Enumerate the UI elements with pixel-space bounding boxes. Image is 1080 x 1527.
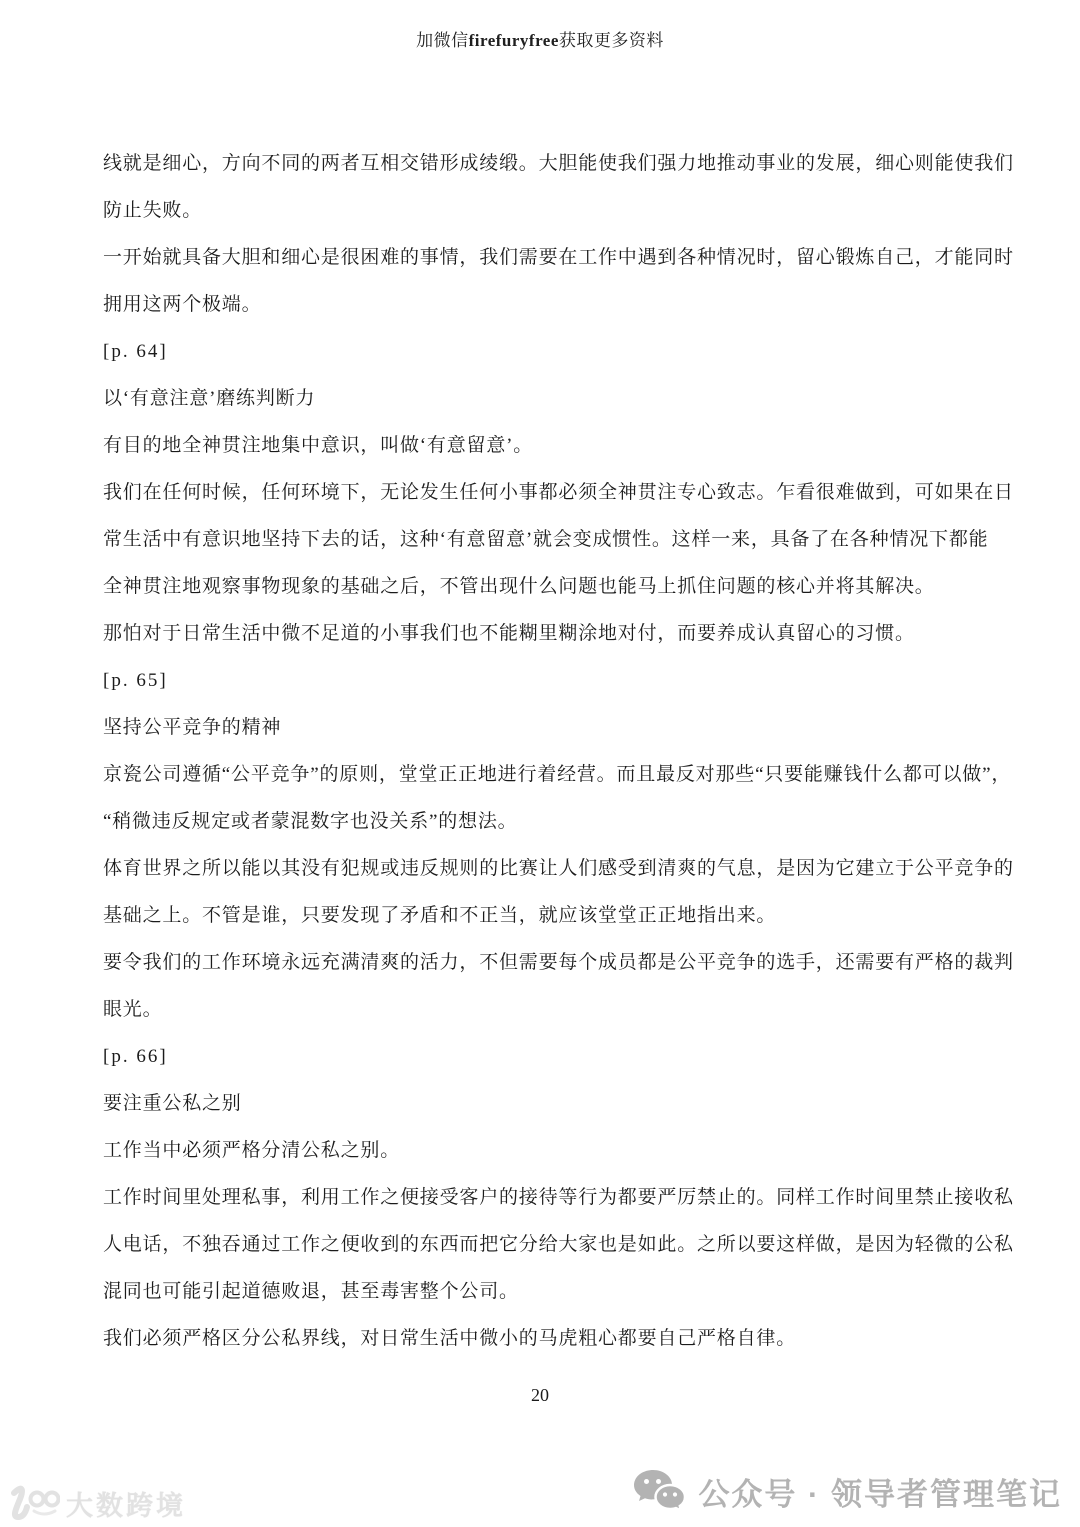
text-line: 人电话，不独吞通过工作之便收到的东西而把它分给大家也是如此。之所以要这样做，是因… — [103, 1221, 983, 1268]
page-marker: [p. 65] — [103, 657, 983, 704]
text-line: 我们在任何时候，任何环境下，无论发生任何小事都必须全神贯注专心致志。乍看很难做到… — [103, 469, 983, 516]
page-marker: [p. 64] — [103, 328, 983, 375]
text-line: 要令我们的工作环境永远充满清爽的活力，不但需要每个成员都是公平竞争的选手，还需要… — [103, 939, 983, 986]
header-watermark: 加微信firefuryfree获取更多资料 — [0, 26, 1080, 51]
section-heading: 要注重公私之别 — [103, 1080, 983, 1127]
wechat-icon — [632, 1468, 686, 1514]
text-line: 有目的地全神贯注地集中意识，叫做‘有意留意’。 — [103, 422, 983, 469]
text-line: 体育世界之所以能以其没有犯规或违反规则的比赛让人们感受到清爽的气息，是因为它建立… — [103, 845, 983, 892]
section-heading: 坚持公平竞争的精神 — [103, 704, 983, 751]
text-line: 一开始就具备大胆和细心是很困难的事情，我们需要在工作中遇到各种情况时，留心锻炼自… — [103, 234, 983, 281]
text-line: 我们必须严格区分公私界线，对日常生活中微小的马虎粗心都要自己严格自律。 — [103, 1315, 983, 1362]
text-line: 工作时间里处理私事，利用工作之便接受客户的接待等行为都要严厉禁止的。同样工作时间… — [103, 1174, 983, 1221]
text-line: 全神贯注地观察事物现象的基础之后，不管出现什么问题也能马上抓住问题的核心并将其解… — [103, 563, 983, 610]
right-watermark-text: 公众号 · 领导者管理笔记 — [698, 1469, 1062, 1514]
left-watermark: 大数跨境 — [8, 1483, 186, 1523]
text-line: 那怕对于日常生活中微不足道的小事我们也不能糊里糊涂地对付，而要养成认真留心的习惯… — [103, 610, 983, 657]
header-suffix: 获取更多资料 — [559, 31, 664, 50]
right-watermark: 公众号 · 领导者管理笔记 — [632, 1468, 1062, 1514]
text-line: 防止失败。 — [103, 187, 983, 234]
header-prefix: 加微信 — [416, 31, 469, 50]
section-heading: 以‘有意注意’磨练判断力 — [103, 375, 983, 422]
text-line: 工作当中必须严格分清公私之别。 — [103, 1127, 983, 1174]
text-line: 混同也可能引起道德败退，甚至毒害整个公司。 — [103, 1268, 983, 1315]
text-line: 京瓷公司遵循“公平竞争”的原则，堂堂正正地进行着经营。而且最反对那些“只要能赚钱… — [103, 751, 983, 798]
header-account: firefuryfree — [469, 31, 559, 50]
page-number: 20 — [0, 1385, 1080, 1406]
text-line: 线就是细心，方向不同的两者互相交错形成绫缎。大胆能使我们强力地推动事业的发展，细… — [103, 140, 983, 187]
text-line: “稍微违反规定或者蒙混数字也没关系”的想法。 — [103, 798, 983, 845]
left-watermark-brand: 大数跨境 — [66, 1484, 186, 1523]
body-text: 线就是细心，方向不同的两者互相交错形成绫缎。大胆能使我们强力地推动事业的发展，细… — [103, 140, 983, 1362]
text-line: 眼光。 — [103, 986, 983, 1033]
text-line: 拥用这两个极端。 — [103, 281, 983, 328]
text-line: 基础之上。不管是谁，只要发现了矛盾和不正当，就应该堂堂正正地指出来。 — [103, 892, 983, 939]
dashu-logo-icon — [8, 1483, 60, 1523]
text-line: 常生活中有意识地坚持下去的话，这种‘有意留意’就会变成惯性。这样一来，具备了在各… — [103, 516, 983, 563]
page-marker: [p. 66] — [103, 1033, 983, 1080]
